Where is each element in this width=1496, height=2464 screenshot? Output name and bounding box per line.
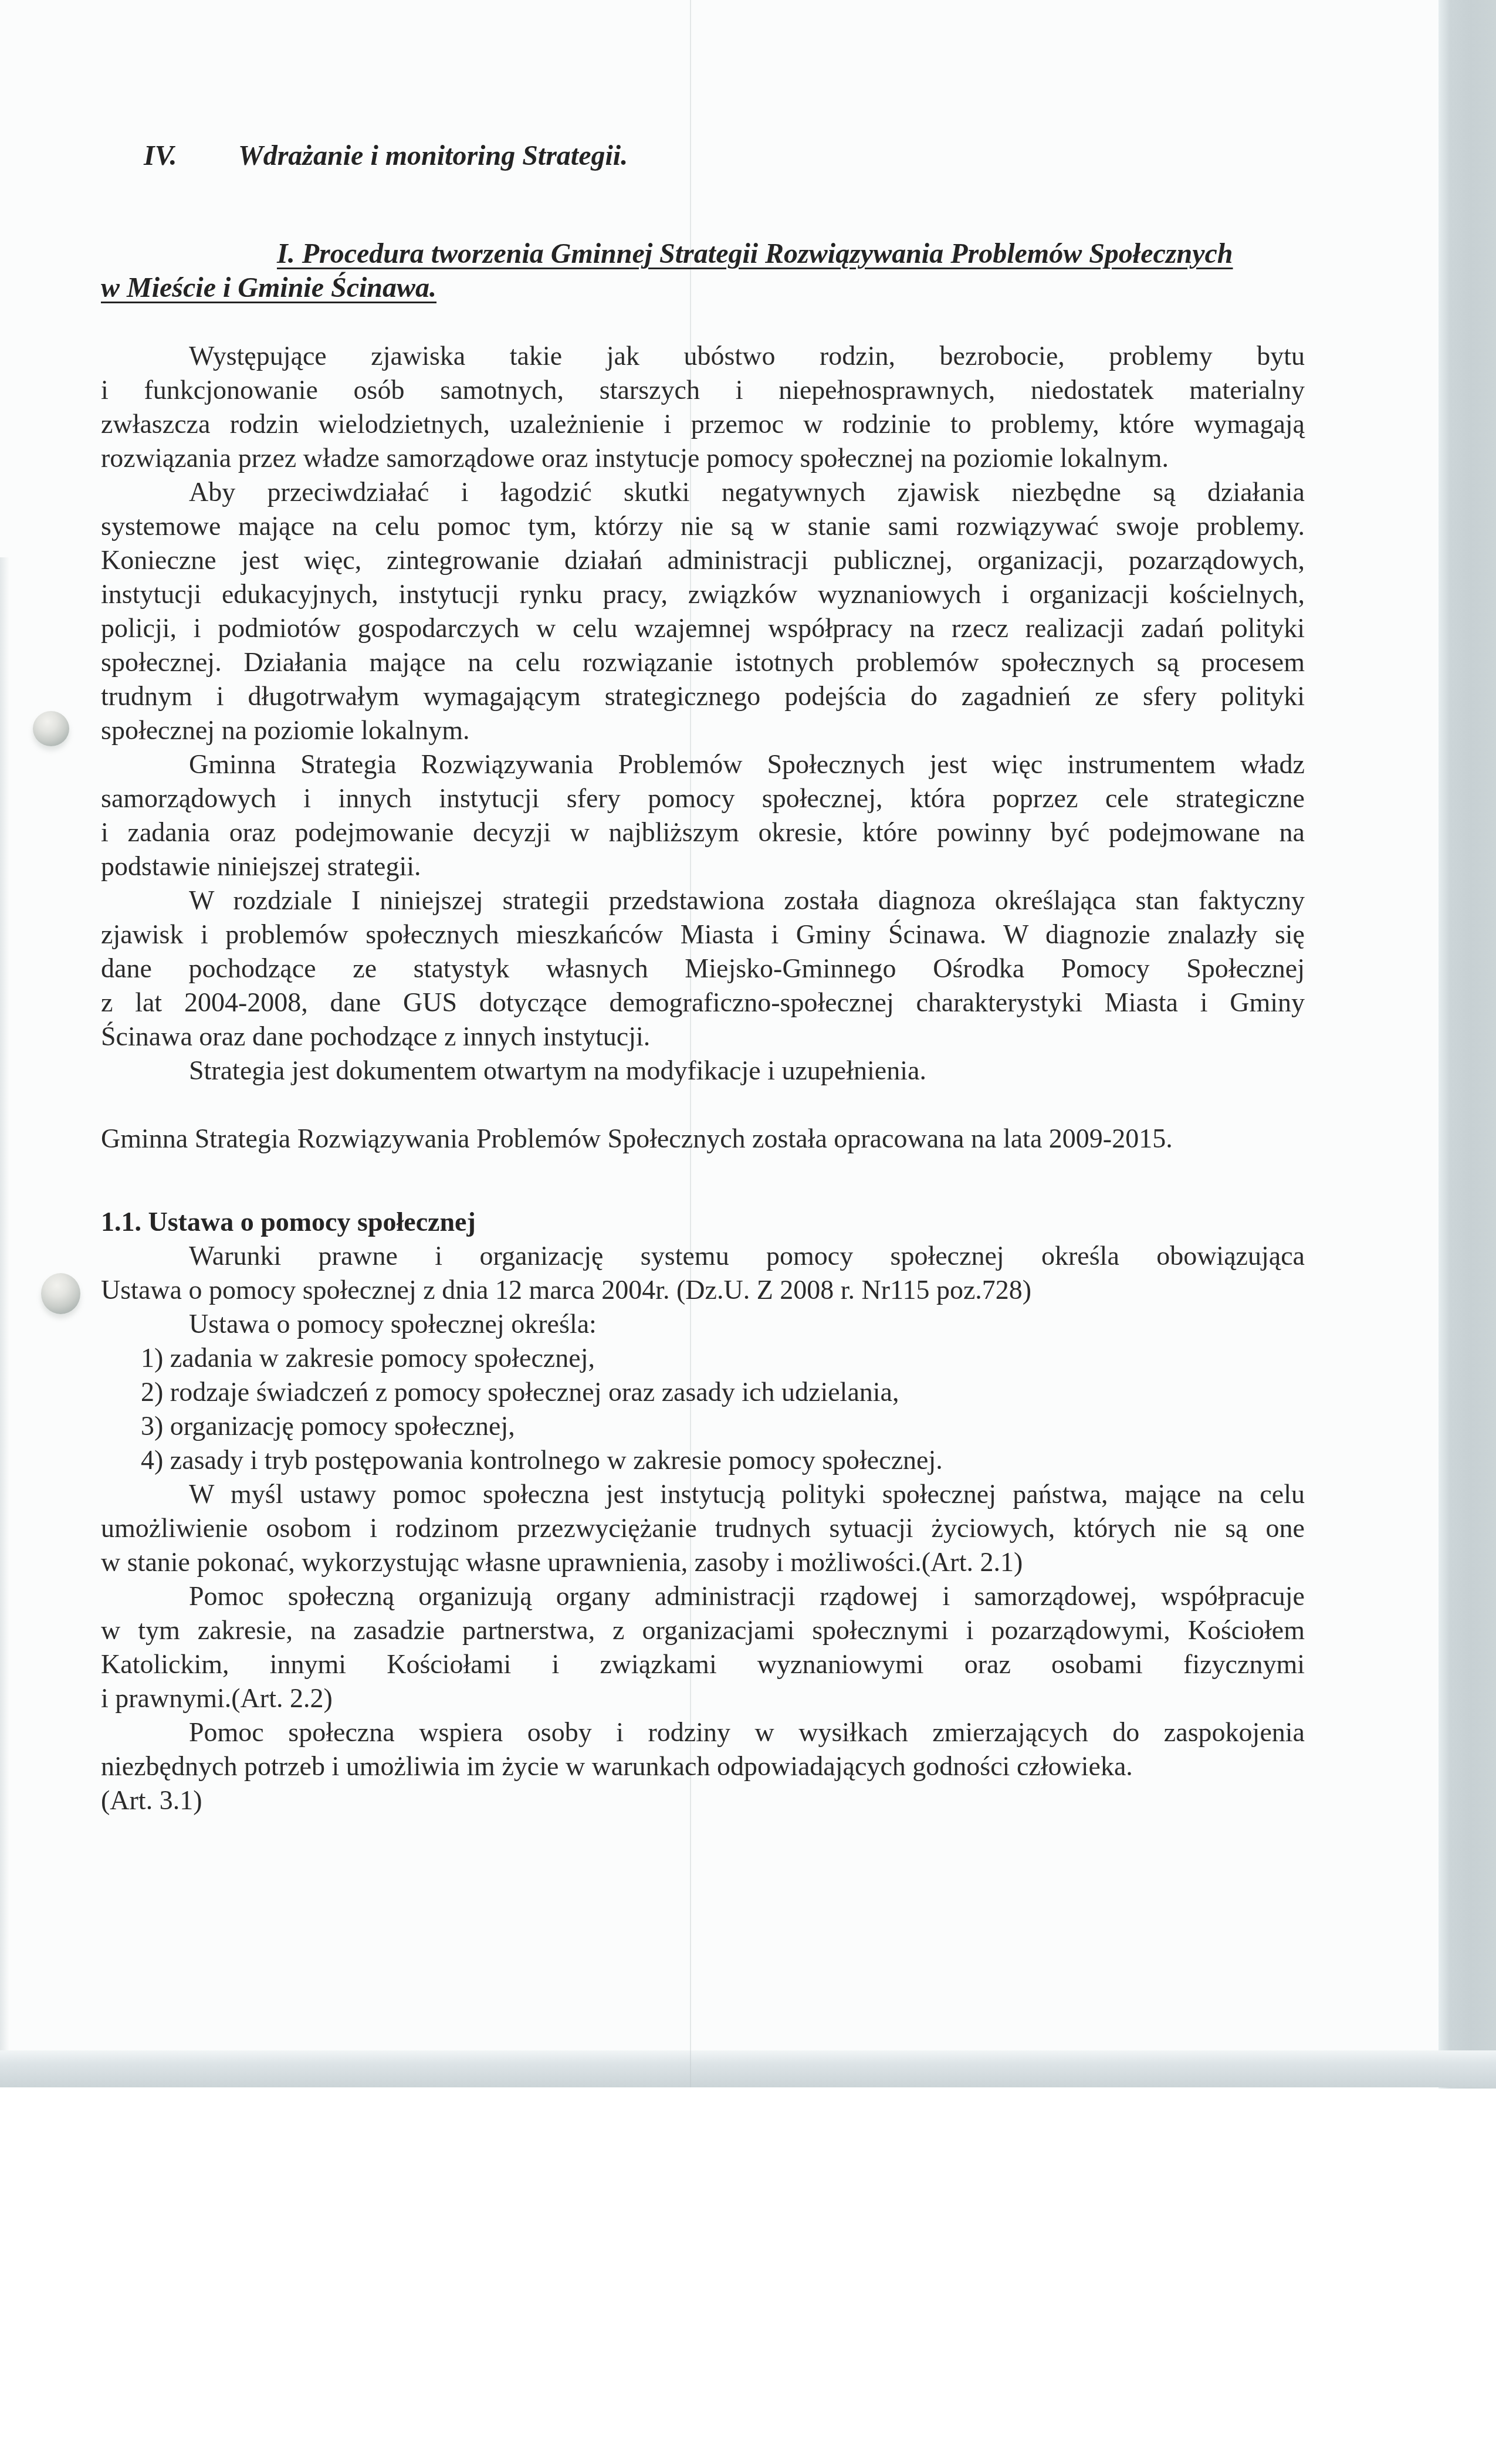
text-line: rozwiązania przez władze samorządowe ora… xyxy=(101,441,1305,475)
text-line: społecznej na poziomie lokalnym. xyxy=(101,713,1305,747)
text-line: Ustawa o pomocy społecznej z dnia 12 mar… xyxy=(101,1273,1305,1307)
text-line: Warunki prawne i organizację systemu pom… xyxy=(101,1239,1305,1273)
left-edge-scan-shade xyxy=(0,557,9,2050)
text-line: trudnym i długotrwałym wymagającym strat… xyxy=(101,679,1305,713)
standalone-statement: Gminna Strategia Rozwiązywania Problemów… xyxy=(101,1122,1305,1156)
subsection-1-1-heading: 1.1. Ustawa o pomocy społecznej xyxy=(101,1205,1305,1239)
text-line: policji, i podmiotów gospodarczych w cel… xyxy=(101,611,1305,645)
section-number: IV. xyxy=(144,140,238,172)
paragraph-8: W myśl ustawy pomoc społeczna jest insty… xyxy=(101,1477,1305,1579)
text-line: w stanie pokonać, wykorzystując własne u… xyxy=(101,1545,1305,1579)
list-item: 1) zadania w zakresie pomocy społecznej, xyxy=(141,1341,1305,1375)
section-title: Wdrażanie i monitoring Strategii. xyxy=(238,140,628,171)
text-line: zwłaszcza rodzin wielodzietnych, uzależn… xyxy=(101,407,1305,441)
binder-hole-blob-top xyxy=(33,711,69,746)
text-line: Gminna Strategia Rozwiązywania Problemów… xyxy=(101,747,1305,781)
paragraph-7: Ustawa o pomocy społecznej określa: xyxy=(101,1307,1305,1341)
paragraph-1: Występujące zjawiska takie jak ubóstwo r… xyxy=(101,339,1305,475)
text-line: Katolickim, innymi Kościołami i związkam… xyxy=(101,1647,1305,1681)
text-line: (Art. 3.1) xyxy=(101,1783,1305,1817)
paragraph-9: Pomoc społeczną organizują organy admini… xyxy=(101,1579,1305,1715)
text-line: Ścinawa oraz dane pochodzące z innych in… xyxy=(101,1020,1305,1054)
text-line: niezbędnych potrzeb i umożliwia im życie… xyxy=(101,1749,1305,1783)
list-item: 3) organizację pomocy społecznej, xyxy=(141,1409,1305,1443)
text-line: Aby przeciwdziałać i łagodzić skutki neg… xyxy=(101,475,1305,509)
text-line: W rozdziale I niniejszej strategii przed… xyxy=(101,884,1305,918)
text-line: Ustawa o pomocy społecznej określa: xyxy=(101,1307,1305,1341)
scanner-background-right-band xyxy=(1439,0,1496,2089)
paragraph-4: W rozdziale I niniejszej strategii przed… xyxy=(101,884,1305,1054)
section-heading: IV.Wdrażanie i monitoring Strategii. xyxy=(144,140,628,172)
text-line: Gminna Strategia Rozwiązywania Problemów… xyxy=(101,1122,1305,1156)
page-bottom-shadow-band xyxy=(0,2050,1496,2087)
binder-hole-blob-bottom xyxy=(41,1273,80,1314)
text-line: i funkcjonowanie osób samotnych, starszy… xyxy=(101,373,1305,407)
text-line: umożliwienie osobom i rodzinom przezwyci… xyxy=(101,1511,1305,1545)
text-line: i zadania oraz podejmowanie decyzji w na… xyxy=(101,815,1305,849)
numbered-list: 1) zadania w zakresie pomocy społecznej,… xyxy=(141,1341,1305,1477)
text-line: samorządowych i innych instytucji sfery … xyxy=(101,781,1305,815)
text-line: zjawisk i problemów społecznych mieszkań… xyxy=(101,918,1305,952)
subsection-heading-line: w Mieście i Gminie Ścinawa. xyxy=(101,271,1233,305)
scanned-document-canvas: IV.Wdrażanie i monitoring Strategii. I. … xyxy=(0,0,1496,2464)
text-line: Pomoc społeczna wspiera osoby i rodziny … xyxy=(101,1715,1305,1749)
paragraph-2: Aby przeciwdziałać i łagodzić skutki neg… xyxy=(101,475,1305,747)
paragraph-10: Pomoc społeczna wspiera osoby i rodziny … xyxy=(101,1715,1305,1817)
list-item: 4) zasady i tryb postępowania kontrolneg… xyxy=(141,1443,1305,1477)
text-line: Konieczne jest więc, zintegrowanie dział… xyxy=(101,543,1305,577)
text-line: dane pochodzące ze statystyk własnych Mi… xyxy=(101,952,1305,986)
paragraph-6: Warunki prawne i organizację systemu pom… xyxy=(101,1239,1305,1307)
text-line: Pomoc społeczną organizują organy admini… xyxy=(101,1579,1305,1613)
text-line: i prawnymi.(Art. 2.2) xyxy=(101,1681,1305,1715)
text-line: podstawie niniejszej strategii. xyxy=(101,849,1305,884)
paragraph-5: Strategia jest dokumentem otwartym na mo… xyxy=(101,1054,1305,1088)
paragraph-3: Gminna Strategia Rozwiązywania Problemów… xyxy=(101,747,1305,884)
text-line: systemowe mające na celu pomoc tym, któr… xyxy=(101,509,1305,543)
text-line: instytucji edukacyjnych, instytucji rynk… xyxy=(101,577,1305,611)
text-line: W myśl ustawy pomoc społeczna jest insty… xyxy=(101,1477,1305,1511)
text-line: z lat 2004-2008, dane GUS dotyczące demo… xyxy=(101,986,1305,1020)
subsection-heading-line: I. Procedura tworzenia Gminnej Strategii… xyxy=(101,237,1233,271)
text-line: w tym zakresie, na zasadzie partnerstwa,… xyxy=(101,1613,1305,1647)
list-item: 2) rodzaje świadczeń z pomocy społecznej… xyxy=(141,1375,1305,1409)
subsection-heading: I. Procedura tworzenia Gminnej Strategii… xyxy=(101,237,1233,305)
text-line: Strategia jest dokumentem otwartym na mo… xyxy=(101,1054,1305,1088)
document-body: Występujące zjawiska takie jak ubóstwo r… xyxy=(101,339,1305,1817)
text-line: społecznej. Działania mające na celu roz… xyxy=(101,645,1305,679)
text-line: Występujące zjawiska takie jak ubóstwo r… xyxy=(101,339,1305,373)
